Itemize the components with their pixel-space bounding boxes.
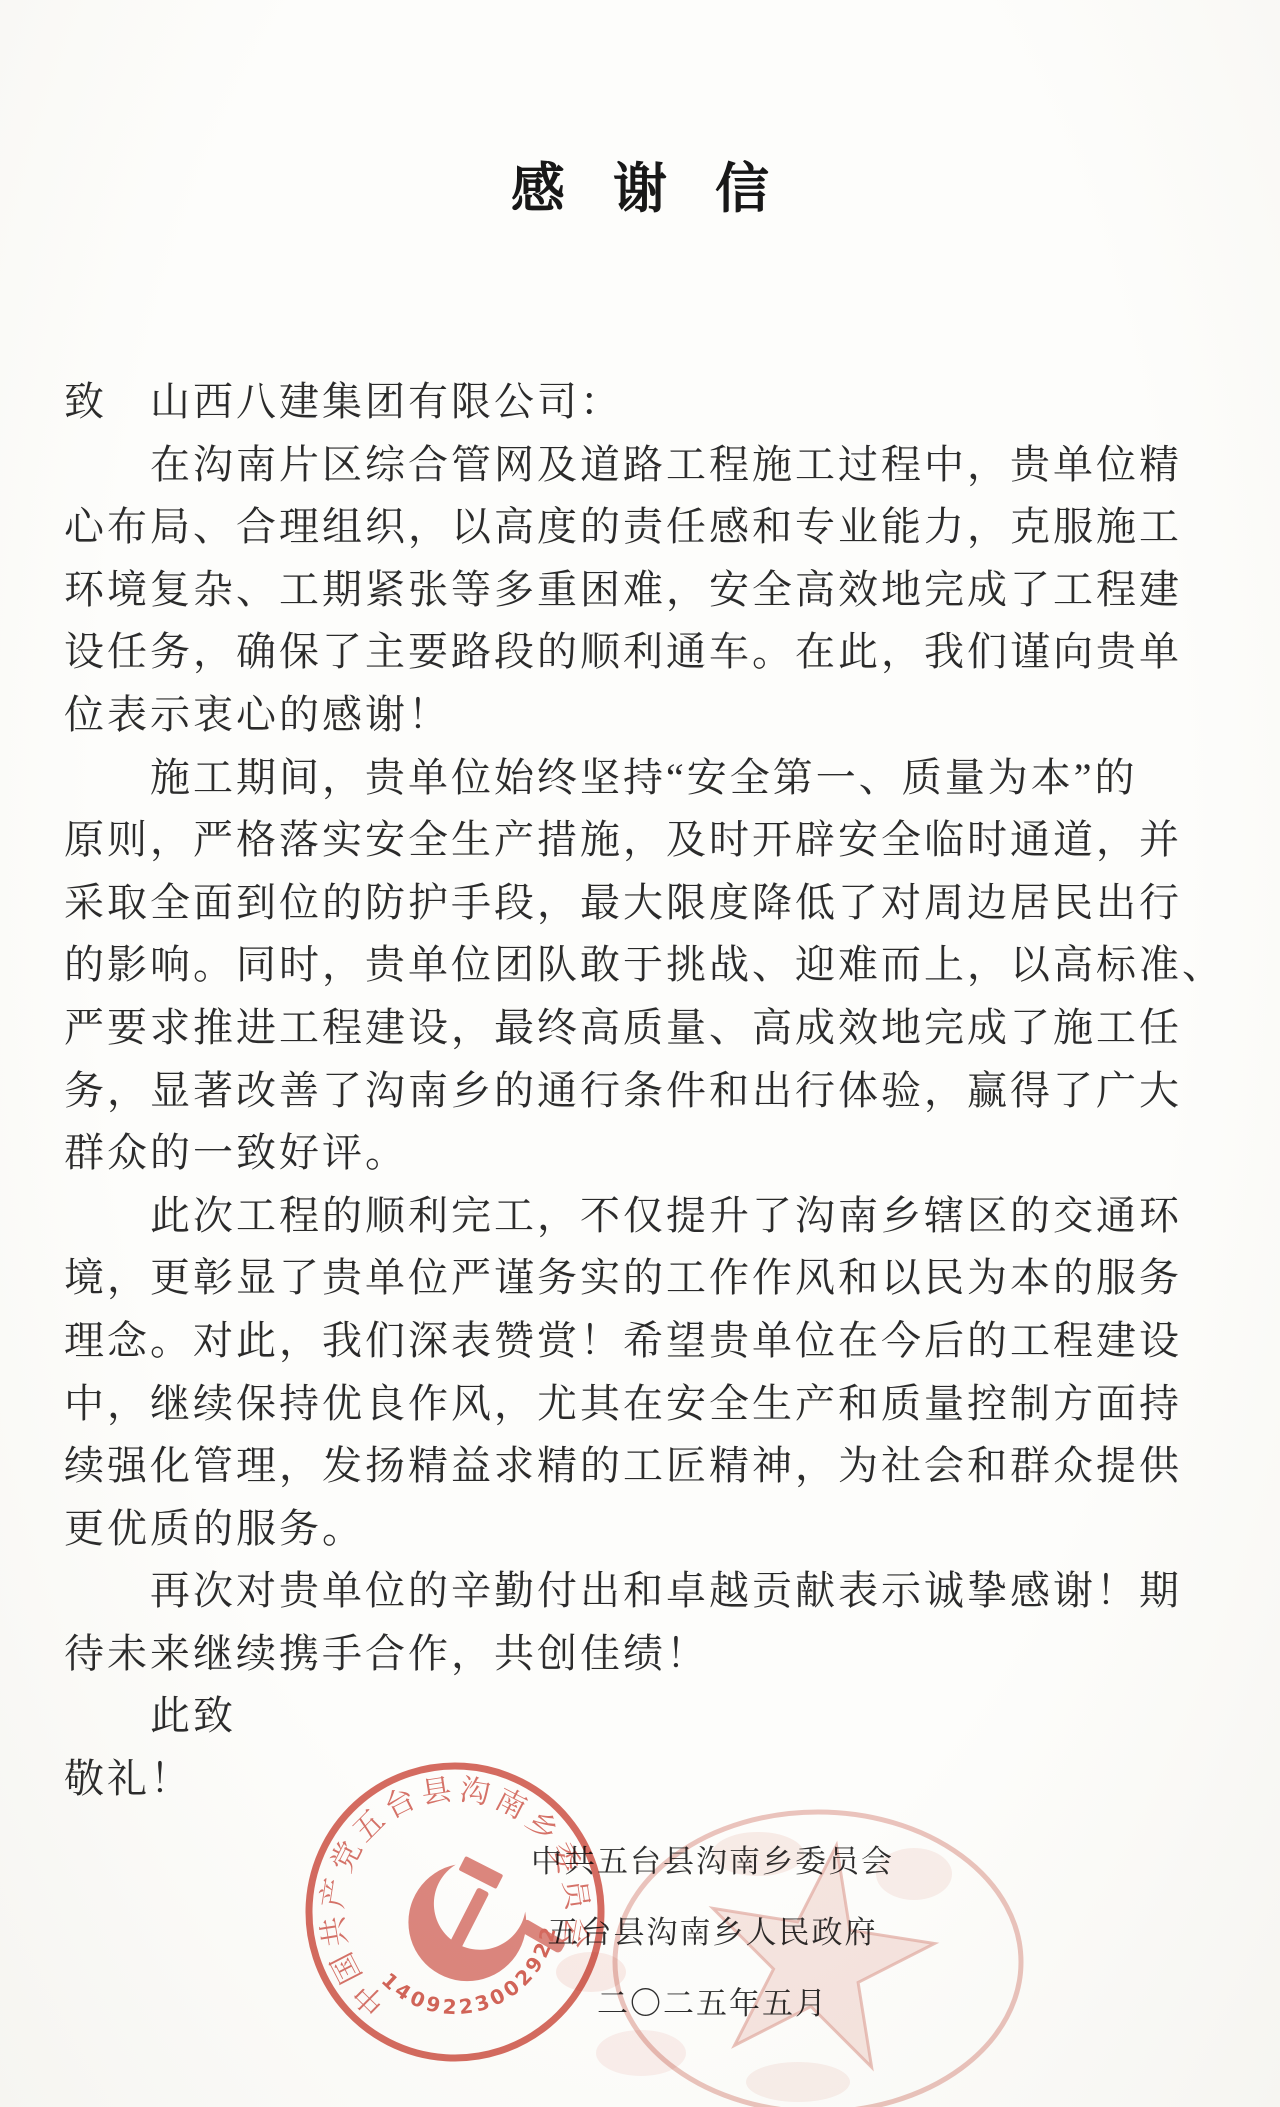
body-line: 的影响。同时，贵单位团队敢于挑战、迎难而上，以高标准、	[64, 934, 1222, 997]
body-line: 设任务，确保了主要路段的顺利通车。在此，我们谨向贵单	[64, 621, 1222, 684]
signature-block: 中共五台县沟南乡委员会 五台县沟南乡人民政府 二〇二五年五月	[440, 1826, 985, 2039]
closing-salute: 敬礼！	[64, 1748, 1222, 1811]
body-line: 群众的一致好评。	[64, 1122, 1222, 1185]
body-line: 再次对贵单位的辛勤付出和卓越贡献表示诚挚感谢！期	[64, 1560, 1222, 1623]
scanned-letter-page: { "document": { "title": "感 谢 信", "salut…	[0, 0, 1280, 2107]
body-line: 中，继续保持优良作风，尤其在安全生产和质量控制方面持	[64, 1373, 1222, 1436]
body-line: 理念。对此，我们深表赞赏！希望贵单位在今后的工程建设	[64, 1310, 1222, 1373]
signature-party-committee: 中共五台县沟南乡委员会	[440, 1826, 985, 1897]
signature-government: 五台县沟南乡人民政府	[440, 1897, 985, 1968]
body-line: 严要求推进工程建设，最终高质量、高成效地完成了施工任	[64, 997, 1222, 1060]
body-line: 境，更彰显了贵单位严谨务实的工作作风和以民为本的服务	[64, 1247, 1222, 1310]
salutation: 致 山西八建集团有限公司：	[64, 371, 1222, 434]
paragraph: 此次工程的顺利完工，不仅提升了沟南乡辖区的交通环境，更彰显了贵单位严谨务实的工作…	[64, 1185, 1222, 1561]
body-line: 位表示衷心的感谢！	[64, 684, 1222, 747]
body-line: 心布局、合理组织，以高度的责任感和专业能力，克服施工	[64, 496, 1222, 559]
body-line: 在沟南片区综合管网及道路工程施工过程中，贵单位精	[64, 434, 1222, 497]
ink-blotch	[746, 2062, 850, 2102]
paragraph: 在沟南片区综合管网及道路工程施工过程中，贵单位精心布局、合理组织，以高度的责任感…	[64, 434, 1222, 747]
letter-title: 感 谢 信	[0, 146, 1280, 223]
body-line: 待未来继续携手合作，共创佳绩！	[64, 1623, 1222, 1686]
paragraph: 施工期间，贵单位始终坚持“安全第一、质量为本”的原则，严格落实安全生产措施，及时…	[64, 747, 1222, 1185]
paragraph: 再次对贵单位的辛勤付出和卓越贡献表示诚挚感谢！期待未来继续携手合作，共创佳绩！	[64, 1560, 1222, 1685]
body-line: 此次工程的顺利完工，不仅提升了沟南乡辖区的交通环	[64, 1185, 1222, 1248]
letter-body: 致 山西八建集团有限公司： 在沟南片区综合管网及道路工程施工过程中，贵单位精心布…	[64, 371, 1222, 1811]
body-line: 续强化管理，发扬精益求精的工匠精神，为社会和群众提供	[64, 1435, 1222, 1498]
body-line: 环境复杂、工期紧张等多重困难，安全高效地完成了工程建	[64, 559, 1222, 622]
letter-paragraphs: 在沟南片区综合管网及道路工程施工过程中，贵单位精心布局、合理组织，以高度的责任感…	[64, 434, 1222, 1686]
body-line: 务，显著改善了沟南乡的通行条件和出行体验，赢得了广大	[64, 1060, 1222, 1123]
body-line: 原则，严格落实安全生产措施，及时开辟安全临时通道，并	[64, 809, 1222, 872]
body-line: 更优质的服务。	[64, 1498, 1222, 1561]
body-line: 施工期间，贵单位始终坚持“安全第一、质量为本”的	[64, 747, 1222, 810]
body-line: 采取全面到位的防护手段，最大限度降低了对周边居民出行	[64, 872, 1222, 935]
signature-date: 二〇二五年五月	[440, 1968, 985, 2039]
closing-respectfully: 此致	[64, 1685, 1222, 1748]
